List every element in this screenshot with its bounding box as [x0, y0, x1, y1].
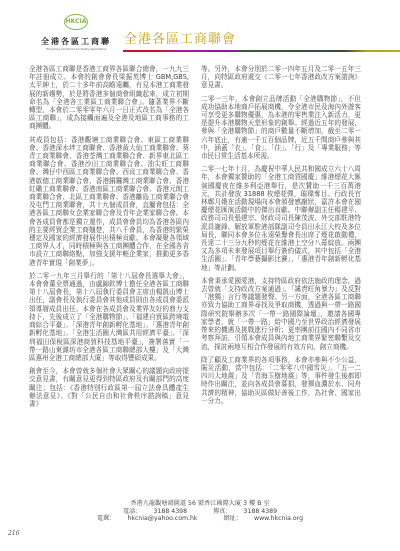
- paragraph-patriotism: 本會秉承愛國愛港，支持特區政府依法施政的理念，過去曾就「支持政改方案通過」、「譴…: [201, 277, 361, 351]
- contact-footer: 香港九龍觀塘鴻圖道 56 號香江國際大廈 3 樓 B 室 電話：3188 439…: [0, 500, 400, 523]
- paragraph-members: 其成員包括：香港觀塘工商業聯合會、東區工商業聯會、香港深水埗工商聯會、香港黃大仙…: [29, 136, 189, 267]
- footer-address: 香港九龍觀塘鴻圖道 56 號香江國際大廈 3 樓 B 室: [0, 500, 400, 508]
- logo-name-chinese: 全港各區工商聯: [36, 36, 116, 47]
- header-divider: [123, 50, 400, 52]
- website-info: 網址：www.hkcnia.org: [217, 515, 309, 522]
- email-link[interactable]: hkcnia@yahoo.com.hk: [127, 515, 197, 522]
- fax-number: 3188 4389: [244, 508, 277, 515]
- email-info: 電郵：hkcnia@yahoo.com.hk: [91, 515, 204, 522]
- right-column: 等。另外，本會分別於二零一四年五月及二零一五年三月，向特區政府遞交《二零一七年香…: [201, 65, 361, 410]
- website-link[interactable]: www.hkcnia.org: [254, 515, 303, 522]
- footer-email-web: 電郵：hkcnia@yahoo.com.hk 網址：www.hkcnia.org: [0, 515, 400, 523]
- page-number: 216: [8, 530, 19, 537]
- left-column: 全港各區工商聯是香港工商界各區聯合總會，一九九三年註冊成立。本會的創會會長梁振英…: [29, 65, 189, 413]
- phone-info: 電話：3188 4398: [117, 508, 193, 515]
- paragraph-intro: 全港各區工商聯是香港工商界各區聯合總會，一九九三年註冊成立。本會的創會會長梁振英…: [29, 65, 189, 131]
- website-label: 網址：: [223, 515, 242, 522]
- phone-label: 電話：: [123, 508, 142, 515]
- paragraph-election: 於二零一九年三月舉行的「第十八屆會長選舉大會」，本會會董全票通過，由盧錦欽博士擔…: [29, 272, 189, 362]
- paragraph-charity: 除了顧及工商業界的各項事務，本會亦參與不少公益、賑災活動，當中包括：「二零零八中…: [201, 356, 361, 405]
- fax-info: 傳真：3188 4389: [207, 508, 283, 515]
- logo-emblem-icon: HKCIA: [64, 14, 88, 30]
- fax-label: 傳真：: [213, 508, 232, 515]
- association-logo: HKCIA 全港各區工商聯 Hong Kong Commerce & Indus…: [36, 14, 116, 56]
- phone-number: 3188 4398: [154, 508, 187, 515]
- paragraph-fireworks: 二零一七年十月，為慶祝中華人民共和國成立六十八周年，本會獨家贊助的「全港工商賀國…: [201, 165, 361, 272]
- page-header: HKCIA 全港各區工商聯 Hong Kong Commerce & Indus…: [0, 0, 400, 60]
- page-title: 全港各區工商聯會: [124, 28, 236, 47]
- email-label: 電郵：: [97, 515, 116, 522]
- paragraph-shopping-festival: 二零一三年，本會創立品牌活動「全港購物節」，不但成功協助本地商戶拓展商機，令全港…: [201, 95, 361, 161]
- paragraph-submissions-cont: 等。另外，本會分別於二零一四年五月及二零一五年三月，向特區政府遞交《二零一七年香…: [201, 65, 361, 90]
- logo-name-english: Hong Kong Commerce & Industry Associatio…: [36, 48, 116, 51]
- paragraph-submissions: 創會至今，本會曾就多個社會大眾關心的議題向政府提交意見書，有關意見更得到特區政府…: [29, 367, 189, 408]
